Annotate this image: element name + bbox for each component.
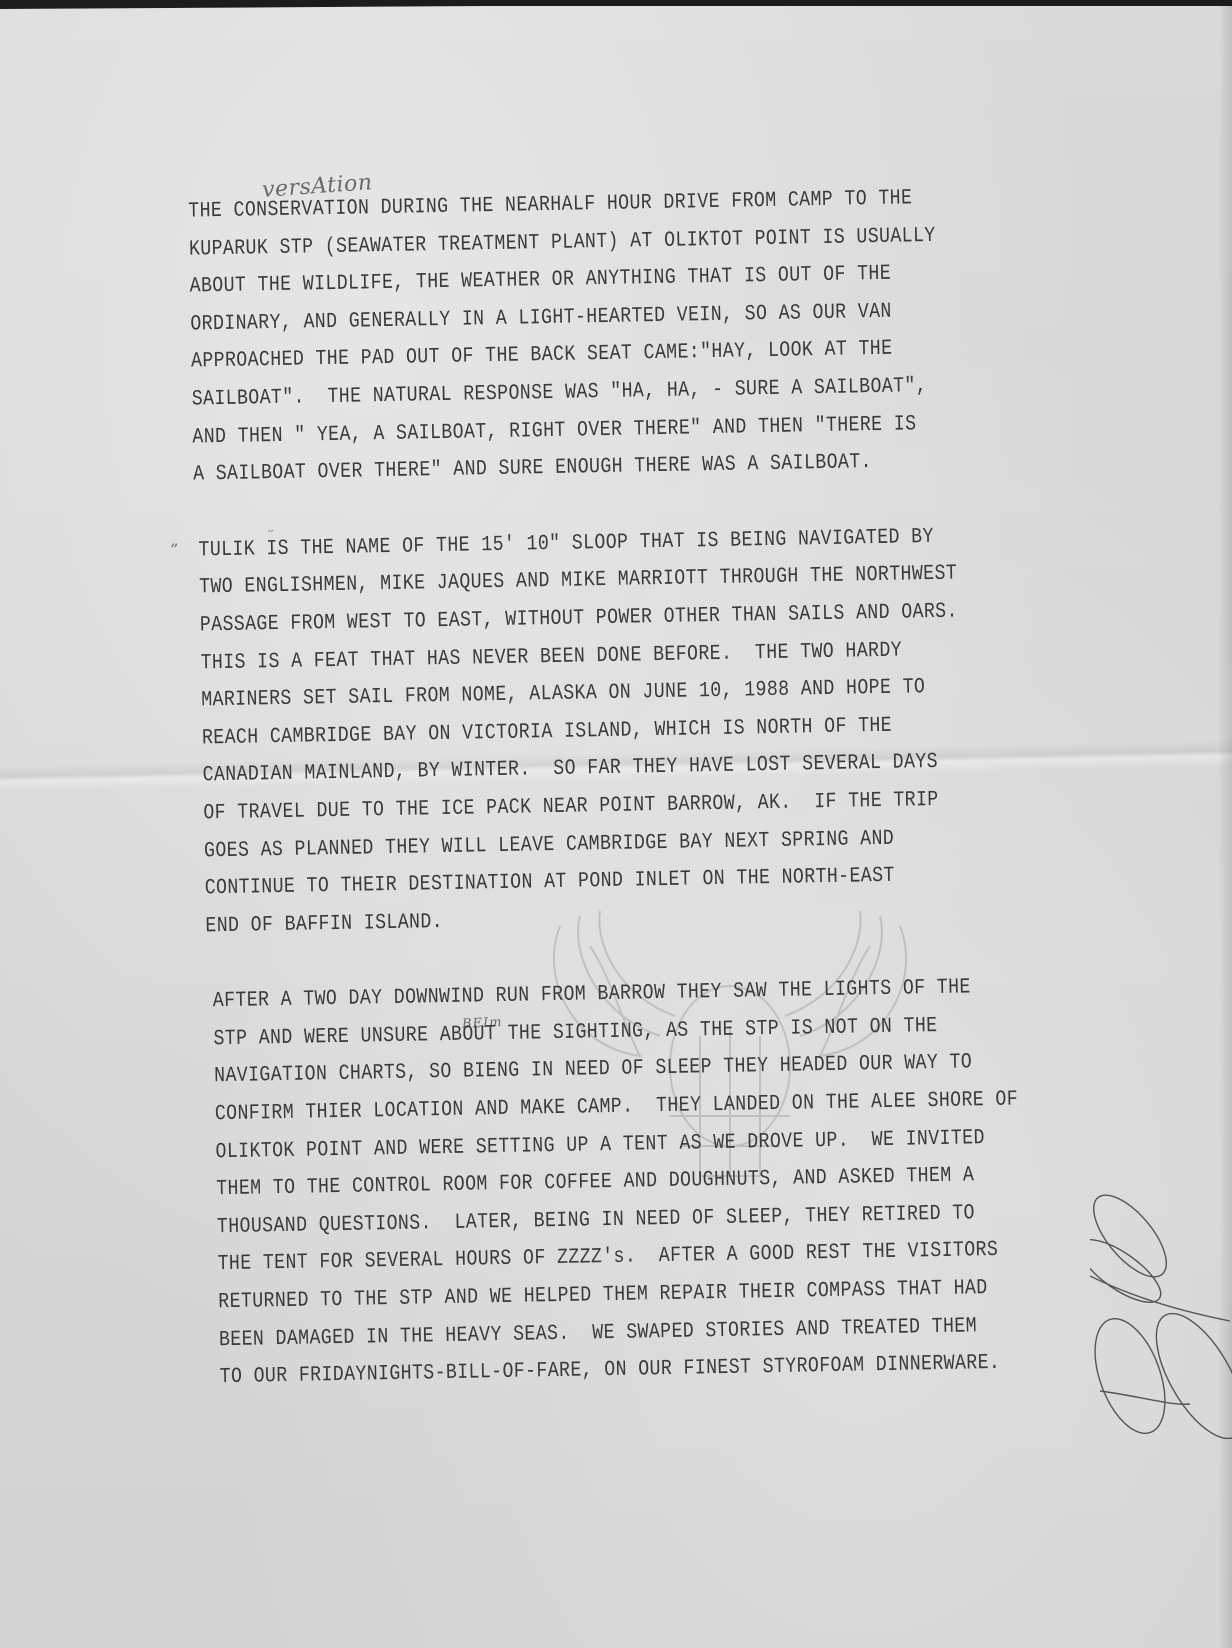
paragraph-2: TULIK IS THE NAME OF THE 15' 10" SLOOP T… bbox=[198, 517, 1081, 947]
handwritten-quote-mark: ” bbox=[170, 540, 178, 559]
typewritten-body: THE CONSERVATION DURING THE NEARHALF HOU… bbox=[188, 178, 1091, 1436]
paragraph-1: THE CONSERVATION DURING THE NEARHALF HOU… bbox=[188, 178, 1073, 495]
pen-scribble-mark bbox=[1090, 1176, 1232, 1476]
paragraph-3: AFTER A TWO DAY DOWNWIND RUN FROM BARROW… bbox=[212, 968, 1089, 1397]
paper-page: versAtion BEIm ” ′′ THE CONSERVATION DUR… bbox=[0, 6, 1232, 1648]
